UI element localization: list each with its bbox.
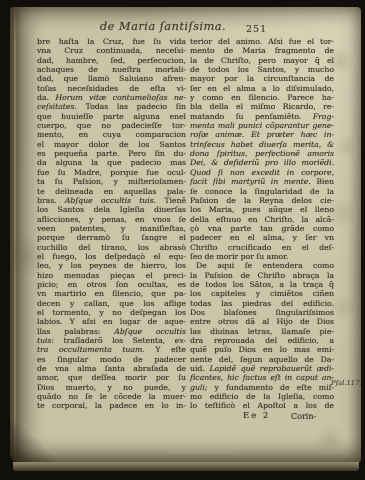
text-line: entre otros dã al Hijo de Dios bbox=[190, 317, 334, 326]
text-line: guli; y fundamento de eſte miſ- bbox=[190, 383, 334, 392]
text-segment: çò vna parte tan grãde como bbox=[190, 224, 334, 233]
text-line: bras. Abſque occultis tuis. Tienẽ bbox=[37, 196, 186, 205]
text-line: ta ſu Paſsion, y miſterioſamen- bbox=[37, 177, 186, 186]
latin-italic-segment: roſæ animæ. Et præter hæc in- bbox=[190, 130, 334, 139]
text-line: tra occultamenta tuam. Y eſte bbox=[37, 345, 186, 354]
text-segment: De aqui ſe entendera como bbox=[196, 261, 334, 270]
text-line: el tormento, y no deſpegan los bbox=[37, 308, 186, 317]
latin-italic-segment: Frag- bbox=[313, 112, 334, 121]
text-line: roſæ animæ. Et præter hæc in- bbox=[190, 130, 334, 139]
text-line: la Paſsion de Chriſto abraça la bbox=[190, 271, 334, 280]
latin-italic-segment: dona ſpiritus, perfectionẽ amoris bbox=[190, 149, 334, 158]
latin-italic-segment: Lapidẽ quẽ reprobauerũt ædi- bbox=[209, 364, 334, 373]
text-segment: lo teſtificò el Apoſtol a los de bbox=[190, 401, 334, 410]
text-line: bre haſta la Cruz, fue ſu vida bbox=[37, 37, 186, 46]
text-line: Dios muerto, y no puede, y bbox=[37, 383, 186, 392]
text-segment: Dos blaſones ſingulariſsimos bbox=[190, 308, 334, 317]
text-line: ſeo de morir por ſu amor. bbox=[190, 252, 334, 261]
text-line: la de Chriſto, pero mayor q̃ el bbox=[190, 56, 334, 65]
text-segment: uid. bbox=[190, 364, 209, 373]
text-line: ceſsitates. Todas las padecio ſin bbox=[37, 102, 186, 111]
text-line: padecer en el alma, y ſer vn bbox=[190, 233, 334, 242]
text-line: lo teſtificò el Apoſtol a los de bbox=[190, 401, 334, 410]
text-line: que huuieſſe parte alguna enel bbox=[37, 112, 186, 121]
text-line: mayor por la circunſtancia de bbox=[190, 74, 334, 83]
text-segment: es ſingular modo de padecer bbox=[37, 355, 186, 364]
text-line: ſe conoce la ſingularidad de la bbox=[190, 187, 334, 196]
text-line: ficantes, hic factus eſt in caput an- bbox=[190, 373, 334, 382]
latin-italic-segment: tuis: bbox=[37, 336, 64, 345]
text-line: uid. Lapidẽ quẽ reprobauerũt ædi- bbox=[190, 364, 334, 373]
text-segment: mento de Maria fragmento de bbox=[190, 46, 334, 55]
text-line: porque derramò ſu ſangre el bbox=[37, 233, 186, 242]
text-line: fue ſu Madre, porque fue ocul- bbox=[37, 168, 186, 177]
text-segment: y como en ſilencio. Parece ha- bbox=[190, 93, 334, 102]
text-line: çò vna parte tan grãde como bbox=[190, 224, 334, 233]
text-segment: fue ſu Madre, porque fue ocul- bbox=[37, 168, 186, 177]
text-line: dona ſpiritus, perfectionẽ amoris bbox=[190, 149, 334, 158]
text-line: el mayor dolor de los Santos bbox=[37, 140, 186, 149]
text-line: es pequeña parte. Pero ſin du- bbox=[37, 149, 186, 158]
text-line: de todos los Santos, y mucho bbox=[190, 65, 334, 74]
text-line: Dos blaſones ſingulariſsimos bbox=[190, 308, 334, 317]
book-scan-photo: { "header": { "running_title": "de Maria… bbox=[0, 0, 365, 480]
text-line: Paſsion de la Reyna delos cie- bbox=[190, 196, 334, 205]
text-segment: que huuieſſe parte alguna enel bbox=[37, 112, 186, 121]
text-line: cuerpo, que no padecieſſe tor- bbox=[37, 121, 186, 130]
text-column-left: bre haſta la Cruz, fue ſu vidavna Cruz c… bbox=[37, 37, 186, 411]
text-segment: nente del, ſegun aquello de Da- bbox=[190, 355, 334, 364]
gutter-crease bbox=[14, 7, 16, 463]
text-line: da alguna la que padecio mas bbox=[37, 158, 186, 167]
text-line: ſer en el alma a lo diſsimulado, bbox=[190, 84, 334, 93]
text-segment: veen patentes, y manifieſtas, bbox=[37, 224, 186, 233]
text-segment: la Paſsion de Chriſto abraça la bbox=[190, 271, 334, 280]
text-line: y como en ſilencio. Parece ha- bbox=[190, 93, 334, 102]
text-line: mento de Maria fragmento de bbox=[190, 46, 334, 55]
text-segment: y fundamento de eſte miſ- bbox=[215, 383, 335, 392]
text-segment: Chriſto crucificado en el deſ- bbox=[190, 243, 334, 252]
book-fore-edge bbox=[13, 462, 359, 471]
text-segment: Paſsion de la Reyna delos cie- bbox=[190, 196, 334, 205]
text-segment: de todos los Santos, y mucho bbox=[190, 65, 334, 74]
text-segment: bras. bbox=[37, 196, 65, 205]
margin-citation: Pſal.117. bbox=[331, 379, 362, 387]
text-segment: Bien bbox=[316, 177, 334, 186]
catchword: Corin- bbox=[291, 412, 316, 421]
text-segment: traſladarõ los Setenta, bbox=[64, 336, 175, 345]
latin-italic-segment: trinſecus habet diuerſa merita, & bbox=[190, 140, 334, 149]
text-line: Chriſto crucificado en el deſ- bbox=[190, 243, 334, 252]
text-line: Dei, & deſideriũ pro illo moriẽdi. bbox=[190, 158, 334, 167]
text-segment: entre otros dã al Hijo de Dios bbox=[190, 317, 334, 326]
text-segment: picio; en otros ſon ocultas, es bbox=[37, 280, 186, 289]
text-segment: dad, hambre, ſed, perſecucion, bbox=[37, 56, 186, 65]
text-line: aflicciones, y penas, en vnos ſe bbox=[37, 215, 186, 224]
latin-italic-segment: facit ſibi martyriũ in mente. bbox=[190, 177, 316, 186]
text-line: el fuego, los deſpedaçò el equ- bbox=[37, 252, 186, 261]
text-segment: la de Chriſto, pero mayor q̃ el bbox=[190, 56, 334, 65]
page-corner-shadow bbox=[10, 423, 56, 463]
text-segment: achaques de nueſtra mortali- bbox=[37, 65, 186, 74]
latin-italic-segment: guli; bbox=[190, 383, 215, 392]
text-segment: de todos los Sãtos, a la traça q̃ bbox=[190, 280, 334, 289]
text-segment: ſer en el alma a lo diſsimulado, bbox=[190, 84, 334, 93]
text-segment: los Maria, pues aũque el lleno bbox=[190, 205, 334, 214]
book-page: de Maria ſantiſsima. 251 bre haſta la Cr… bbox=[10, 7, 361, 463]
text-segment: el tormento, y no deſpegan los bbox=[37, 308, 186, 317]
text-segment: toſas neceſsidades de eſta vi- bbox=[37, 84, 186, 93]
latin-italic-segment: Quod ſi non excedit in corpore, bbox=[190, 168, 334, 177]
latin-italic-segment: menta mali punici cõparantur gene- bbox=[190, 121, 334, 130]
text-line: achaques de nueſtra mortali- bbox=[37, 65, 186, 74]
text-line: llas palabras: Abſque occultis bbox=[37, 327, 186, 336]
text-line: dad, que llamò Saluiano afren- bbox=[37, 74, 186, 83]
latin-italic-segment: ex- bbox=[175, 336, 186, 345]
text-segment: aflicciones, y penas, en vnos ſe bbox=[37, 215, 186, 224]
text-line: terior del animo. Aſsi fue el tor- bbox=[190, 37, 334, 46]
text-line: de todos los Sãtos, a la traça q̃ bbox=[190, 280, 334, 289]
text-segment: matando ſu penſamiẽto. bbox=[190, 112, 313, 121]
text-segment: ſeo de morir por ſu amor. bbox=[190, 252, 288, 261]
text-segment: quãdo no ſe le cõcede la muer- bbox=[37, 392, 186, 401]
text-segment: da alguna la que padecio mas bbox=[37, 158, 186, 167]
text-line: trinſecus habet diuerſa merita, & bbox=[190, 140, 334, 149]
text-segment: los Santos dela Igleſia diuerſas bbox=[37, 205, 186, 214]
text-segment: ſe conoce la ſingularidad de la bbox=[190, 187, 334, 196]
text-segment: llas palabras: bbox=[37, 327, 114, 336]
text-segment: labios. Y aſsi en lugar de aque- bbox=[37, 317, 186, 326]
text-line: vna Cruz continuada, neceſsi- bbox=[37, 46, 186, 55]
text-segment: mo edificio de la Igleſia, como bbox=[190, 392, 334, 401]
text-line: te delineada en aquellas pala- bbox=[37, 187, 186, 196]
text-segment: padecer en el alma, y ſer vn bbox=[190, 233, 334, 242]
latin-italic-segment: Abſque occultis tuis. bbox=[65, 196, 165, 205]
text-segment: terior del animo. Aſsi fue el tor- bbox=[190, 37, 334, 46]
text-line: dra reprouada del edificio, a bbox=[190, 336, 334, 345]
text-line: dad, hambre, ſed, perſecucion, bbox=[37, 56, 186, 65]
text-segment: de vna alma ſanta abraſada de bbox=[37, 364, 186, 373]
latin-italic-segment: Dei, & deſideriũ pro illo moriẽdi. bbox=[190, 158, 334, 167]
text-line: las diuinas letras, llamaſe pie- bbox=[190, 327, 334, 336]
text-segment: porque derramò ſu ſangre el bbox=[37, 233, 186, 242]
text-line: De aqui ſe entendera como bbox=[190, 261, 334, 270]
text-segment: ta ſu Paſsion, y miſterioſamen- bbox=[37, 177, 186, 186]
text-line: picio; en otros ſon ocultas, es bbox=[37, 280, 186, 289]
text-segment: bla della el miſmo Ricardo, re- bbox=[190, 102, 334, 111]
text-segment: leo, y los peynes de hierro, los bbox=[37, 261, 186, 270]
latin-italic-segment: Abſque occultis bbox=[114, 327, 186, 336]
text-line: cuchillo del tirano, los abrasò bbox=[37, 243, 186, 252]
latin-italic-segment: ceſsitates. bbox=[37, 102, 86, 111]
text-segment: las diuinas letras, llamaſe pie- bbox=[190, 327, 334, 336]
text-line: los Santos dela Igleſia diuerſas bbox=[37, 205, 186, 214]
text-line: labios. Y aſsi en lugar de aque- bbox=[37, 317, 186, 326]
text-line: todas las piedras del edificio. bbox=[190, 299, 334, 308]
text-line: menta mali punici cõparantur gene- bbox=[190, 121, 334, 130]
text-segment: quiẽ puſo Dios en lo mas emi- bbox=[190, 345, 334, 354]
text-segment: Todas las padecio ſin bbox=[86, 102, 186, 111]
text-segment: da. bbox=[37, 93, 55, 102]
text-line: los Maria, pues aũque el lleno bbox=[190, 205, 334, 214]
text-line: toſas neceſsidades de eſta vi- bbox=[37, 84, 186, 93]
text-column-right: terior del animo. Aſsi fue el tor-mento … bbox=[190, 37, 334, 411]
text-segment: te delineada en aquellas pala- bbox=[37, 187, 186, 196]
text-segment: los capiteles y cimiẽtos ciñen bbox=[190, 289, 334, 298]
text-line: hizo menudas pieças el preci- bbox=[37, 271, 186, 280]
text-segment: Tienẽ bbox=[164, 196, 186, 205]
latin-italic-segment: Horum vitæ contumelioſas ne- bbox=[55, 93, 186, 102]
text-line: tuis: traſladarõ los Setenta, ex- bbox=[37, 336, 186, 345]
text-segment: hizo menudas pieças el preci- bbox=[37, 271, 186, 280]
text-segment: della eſtuuo en Chriſto, la alcã- bbox=[190, 215, 334, 224]
text-segment: te corporal, la padece en lo in- bbox=[37, 401, 186, 410]
page-number: 251 bbox=[246, 24, 267, 35]
text-segment: amor, que deſſea morir por ſu bbox=[37, 373, 186, 382]
text-line: della eſtuuo en Chriſto, la alcã- bbox=[190, 215, 334, 224]
text-segment: el mayor dolor de los Santos bbox=[37, 140, 186, 149]
text-segment: cuerpo, que no padecieſſe tor- bbox=[37, 121, 186, 130]
text-line: da. Horum vitæ contumelioſas ne- bbox=[37, 93, 186, 102]
text-line: de vna alma ſanta abraſada de bbox=[37, 364, 186, 373]
text-segment: Dios muerto, y no puede, y bbox=[37, 383, 186, 392]
text-line: quãdo no ſe le cõcede la muer- bbox=[37, 392, 186, 401]
text-line: leo, y los peynes de hierro, los bbox=[37, 261, 186, 270]
text-segment: todas las piedras del edificio. bbox=[190, 299, 334, 308]
text-line: quiẽ puſo Dios en lo mas emi- bbox=[190, 345, 334, 354]
text-line: vn martirio en ſilencio, que pa- bbox=[37, 289, 186, 298]
text-line: matando ſu penſamiẽto. Frag- bbox=[190, 112, 334, 121]
text-segment: dra reprouada del edificio, a bbox=[190, 336, 334, 345]
text-line: nente del, ſegun aquello de Da- bbox=[190, 355, 334, 364]
text-segment: vn martirio en ſilencio, que pa- bbox=[37, 289, 186, 298]
text-segment: mento, en cuya comparacion bbox=[37, 130, 186, 139]
text-segment: es pequeña parte. Pero ſin du- bbox=[37, 149, 186, 158]
text-segment: dad, que llamò Saluiano afren- bbox=[37, 74, 186, 83]
text-line: es ſingular modo de padecer bbox=[37, 355, 186, 364]
text-line: mo edificio de la Igleſia, como bbox=[190, 392, 334, 401]
text-line: amor, que deſſea morir por ſu bbox=[37, 373, 186, 382]
signature-mark: Ee 2 bbox=[243, 411, 270, 421]
text-segment: bre haſta la Cruz, fue ſu vida bbox=[37, 37, 186, 46]
text-segment: vna Cruz continuada, neceſsi- bbox=[37, 46, 186, 55]
text-line: veen patentes, y manifieſtas, bbox=[37, 224, 186, 233]
text-line: te corporal, la padece en lo in- bbox=[37, 401, 186, 410]
running-title: de Maria ſantiſsima. bbox=[68, 19, 258, 33]
text-segment: cuchillo del tirano, los abrasò bbox=[37, 243, 186, 252]
text-line: los capiteles y cimiẽtos ciñen bbox=[190, 289, 334, 298]
text-line: facit ſibi martyriũ in mente. Bien bbox=[190, 177, 334, 186]
latin-italic-segment: ficantes, hic factus eſt in caput an- bbox=[190, 373, 334, 382]
text-segment: decen y callan, que los aflige bbox=[37, 299, 186, 308]
text-line: decen y callan, que los aflige bbox=[37, 299, 186, 308]
text-segment: el fuego, los deſpedaçò el equ- bbox=[37, 252, 186, 261]
text-line: mento, en cuya comparacion bbox=[37, 130, 186, 139]
text-segment: mayor por la circunſtancia de bbox=[190, 74, 334, 83]
text-segment: Y eſte bbox=[155, 345, 186, 354]
latin-italic-segment: tra occultamenta tuam. bbox=[37, 345, 155, 354]
text-line: bla della el miſmo Ricardo, re- bbox=[190, 102, 334, 111]
text-line: Quod ſi non excedit in corpore, bbox=[190, 168, 334, 177]
